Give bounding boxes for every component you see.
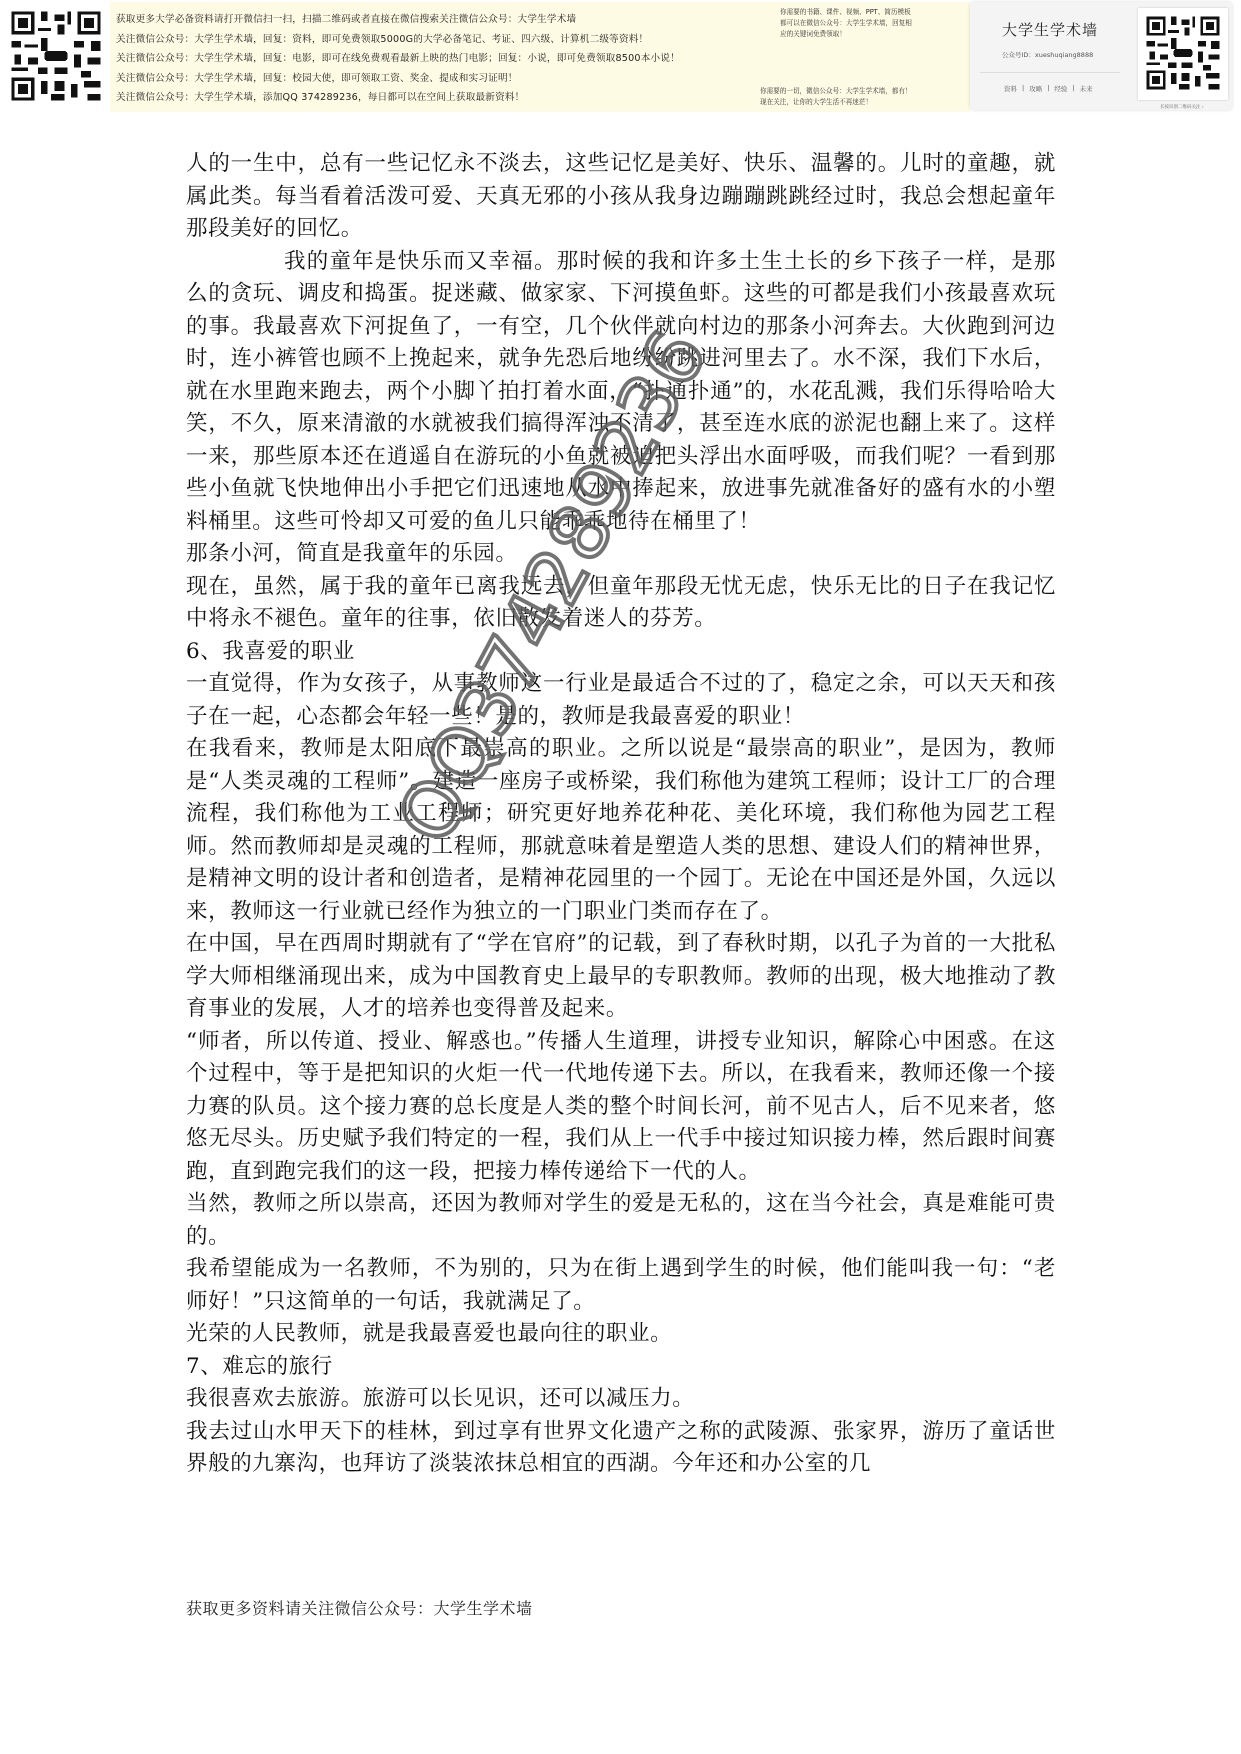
paragraph: 我希望能成为一名教师，不为别的，只为在街上遇到学生的时候，他们能叫我一句：“老师…: [186, 1253, 1056, 1318]
qr-caption: 长按识别二维码关注 ›: [1160, 104, 1204, 110]
separator: |: [1072, 84, 1074, 93]
side-note-line: 你需要的一切，微信公众号：大学生学术墙，都有！: [760, 86, 912, 97]
paragraph: “师者，所以传道、授业、解惑也。”传播人生道理，讲授专业知识，解除心中困惑。在这…: [186, 1026, 1056, 1189]
paragraph: 我很喜欢去旅游。旅游可以长见识，还可以减压力。: [186, 1383, 1056, 1416]
side-note-top: 你需要的书籍、课件、视频、PPT、简历模板 都可以在微信公众号：大学生学术墙，回…: [780, 7, 912, 40]
side-note-line: 都可以在微信公众号：大学生学术墙，回复相: [780, 18, 912, 29]
promo-banner: 获取更多大学必备资料请打开微信扫一扫，扫描二维码或者直接在微信搜索关注微信公众号…: [0, 0, 1241, 114]
paragraph: 我去过山水甲天下的桂林，到过享有世界文化遗产之称的武陵源、张家界，游历了童话世界…: [186, 1416, 1056, 1481]
link-guides[interactable]: 攻略: [1029, 84, 1042, 93]
paragraph: 我的童年是快乐而又幸福。那时候的我和许多土生土长的乡下孩子一样，是那么的贪玩、调…: [186, 246, 1056, 539]
side-note-line: 现在关注，让你的大学生活不再迷茫！: [760, 97, 912, 108]
separator: |: [1047, 84, 1049, 93]
paragraph: 在我看来，教师是太阳底下最崇高的职业。之所以说是“最崇高的职业”，是因为，教师是…: [186, 733, 1056, 928]
promo-line: 关注微信公众号：大学生学术墙，回复：校园大使，即可领取工资、奖金、提成和实习证明…: [116, 69, 680, 89]
paragraph: 在中国，早在西周时期就有了“学在官府”的记载，到了春秋时期，以孔子为首的一大批私…: [186, 928, 1056, 1026]
link-future[interactable]: 未来: [1080, 84, 1093, 93]
promo-text-panel: 获取更多大学必备资料请打开微信扫一扫，扫描二维码或者直接在微信搜索关注微信公众号…: [110, 2, 970, 112]
paragraph: 当然，教师之所以崇高，还因为教师对学生的爱是无私的，这在当今社会，真是难能可贵的…: [186, 1188, 1056, 1253]
promo-line: 关注微信公众号：大学生学术墙，添加QQ 374289236，每日都可以在空间上获…: [116, 88, 680, 108]
promo-line: 获取更多大学必备资料请打开微信扫一扫，扫描二维码或者直接在微信搜索关注微信公众号…: [116, 10, 680, 30]
account-id: 公众号ID：xueshuqiang8888: [1002, 50, 1093, 59]
section-heading: 7、难忘的旅行: [186, 1351, 1056, 1384]
separator: |: [1022, 84, 1024, 93]
link-resources[interactable]: 资料: [1004, 84, 1017, 93]
paragraph: 一直觉得，作为女孩子，从事教师这一行业是最适合不过的了，稳定之余，可以天天和孩子…: [186, 668, 1056, 733]
paragraph: 现在，虽然，属于我的童年已离我远去，但童年那段无忧无虑，快乐无比的日子在我记忆中…: [186, 571, 1056, 636]
qr-frame: [1138, 8, 1228, 100]
side-note-bottom: 你需要的一切，微信公众号：大学生学术墙，都有！ 现在关注，让你的大学生活不再迷茫…: [760, 86, 912, 108]
side-note-line: 你需要的书籍、课件、视频、PPT、简历模板: [780, 7, 912, 18]
footer-note: 获取更多资料请关注微信公众号：大学生学术墙: [186, 1596, 533, 1619]
paragraph: 光荣的人民教师，就是我最喜爱也最向往的职业。: [186, 1318, 1056, 1351]
promo-line: 关注微信公众号：大学生学术墙，回复：资料，即可免费领取5000G的大学必备笔记、…: [116, 30, 680, 50]
account-links: 资料 | 攻略 | 经验 | 未来: [1004, 84, 1093, 93]
account-card: 大学生学术墙 公众号ID：xueshuqiang8888 资料 | 攻略 | 经…: [970, 2, 1232, 110]
qr-code-icon: [8, 8, 104, 104]
side-note-line: 应的关键词免费领取！: [780, 29, 912, 40]
link-experience[interactable]: 经验: [1054, 84, 1067, 93]
qr-code-icon: [1144, 14, 1222, 92]
document-body: 人的一生中，总有一些记忆永不淡去，这些记忆是美好、快乐、温馨的。儿时的童趣，就属…: [186, 148, 1056, 1481]
divider: [980, 72, 1120, 73]
account-name: 大学生学术墙: [1002, 19, 1098, 40]
section-heading: 6、我喜爱的职业: [186, 636, 1056, 669]
paragraph: 那条小河，简直是我童年的乐园。: [186, 538, 1056, 571]
paragraph: 人的一生中，总有一些记忆永不淡去，这些记忆是美好、快乐、温馨的。儿时的童趣，就属…: [186, 148, 1056, 246]
promo-line: 关注微信公众号：大学生学术墙，回复：电影，即可在线免费观看最新上映的热门电影；回…: [116, 49, 680, 69]
